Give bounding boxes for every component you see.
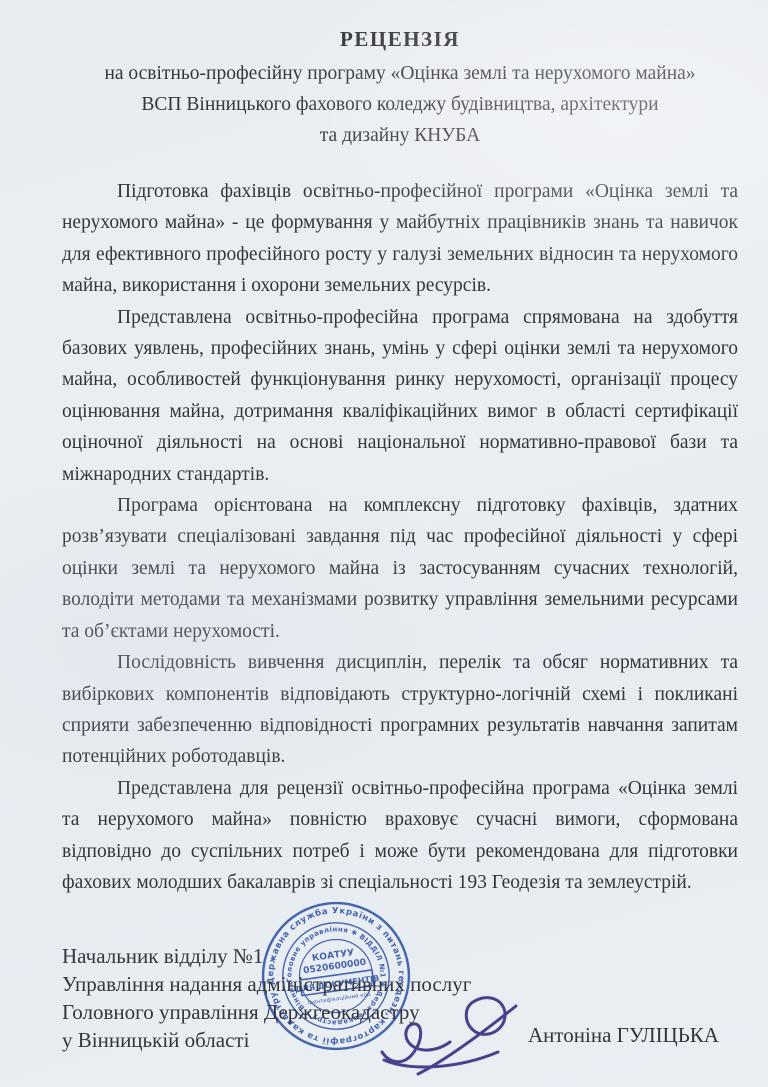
body-paragraph-1: Підготовка фахівців освітньо-професійної…	[62, 176, 738, 302]
document-header: РЕЦЕНЗІЯ на освітньо-професійну програму…	[62, 24, 738, 151]
body-paragraph-5: Представлена для рецензії освітньо-профе…	[62, 773, 738, 899]
document-subtitle-line-1: на освітньо-професійну програму «Оцінка …	[62, 58, 738, 89]
body-paragraph-2: Представлена освітньо-професійна програм…	[62, 302, 738, 490]
officials-block: Начальник відділу №1 Управління надання …	[62, 942, 482, 1054]
official-title-line-1: Начальник відділу №1	[62, 942, 482, 970]
official-title-line-2: Управління надання адміністративних посл…	[62, 970, 482, 998]
document-body: Підготовка фахівців освітньо-професійної…	[62, 176, 738, 898]
official-title-line-4: у Вінницькій області	[62, 1026, 482, 1054]
document-subtitle-line-2: ВСП Вінницького фахового коледжу будівни…	[62, 89, 738, 120]
signer-name: Антоніна ГУЛІЦЬКА	[528, 1023, 719, 1048]
official-title-line-3: Головного управління Держгеокадастру	[62, 998, 482, 1026]
document-title: РЕЦЕНЗІЯ	[62, 24, 738, 54]
scanned-review-document: РЕЦЕНЗІЯ на освітньо-професійну програму…	[0, 0, 768, 1087]
document-subtitle-line-3: та дизайну КНУБА	[62, 120, 738, 151]
body-paragraph-3: Програма орієнтована на комплексну підго…	[62, 490, 738, 647]
body-paragraph-4: Послідовність вивчення дисциплін, перелі…	[62, 647, 738, 773]
